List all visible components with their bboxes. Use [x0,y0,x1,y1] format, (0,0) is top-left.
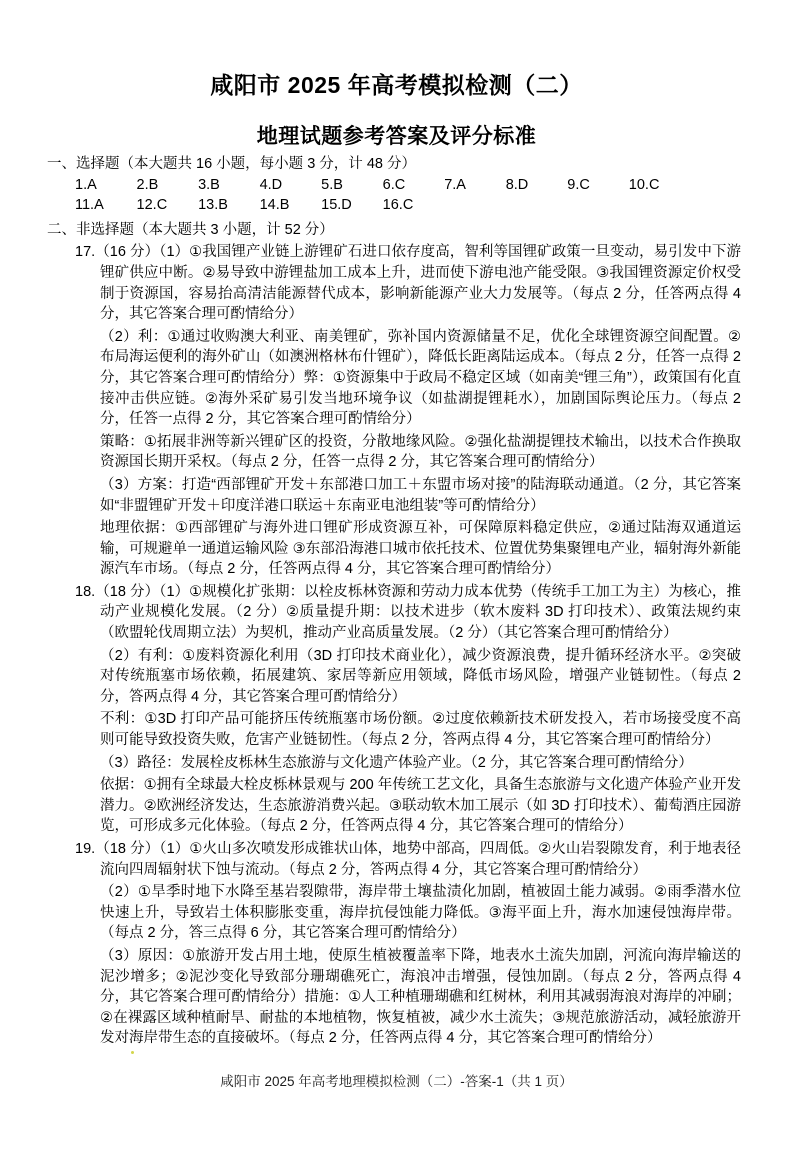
question-19-answer: 19.（18 分）（1）①火山多次喷发形成锥状山体，地势中部高，四周低。②火山岩… [47,839,741,1049]
choice-answer: 5.B [321,175,379,196]
answer-paragraph: （3）原因：①旅游开发占用土地，使原生植被覆盖率下降，地表水土流失加剧，河流向海… [100,946,741,1049]
answer-paragraph: 18.（18 分）（1）①规模化扩张期：以栓皮栎林资源和劳动力成本优势（传统手工… [100,582,741,644]
choice-answer: 8.D [506,175,564,196]
section-multiple-choice-heading: 一、选择题（本大题共 16 小题，每小题 3 分，计 48 分） [47,154,741,175]
choice-answer: 12.C [137,195,195,216]
choice-answer: 6.C [383,175,441,196]
choice-answer: 10.C [629,175,687,196]
answer-paragraph: 19.（18 分）（1）①火山多次喷发形成锥状山体，地势中部高，四周低。②火山岩… [100,839,741,880]
page-footer: 咸阳市 2025 年高考地理模拟检测（二）-答案-1（共 1 页） [0,1070,793,1090]
question-18-answer: 18.（18 分）（1）①规模化扩张期：以栓皮栎林资源和劳动力成本优势（传统手工… [47,582,741,837]
choice-answer: 13.B [198,195,256,216]
choice-answer: 16.C [383,195,441,216]
answer-paragraph: 依据：①拥有全球最大栓皮栎林景观与 200 年传统工艺文化，具备生态旅游与文化遗… [100,775,741,837]
choice-answer: 7.A [444,175,502,196]
section-free-response-heading: 二、非选择题（本大题共 3 小题，计 52 分） [47,220,741,241]
choice-answer: 3.B [198,175,256,196]
answer-paragraph: （2）有利：①废料资源化利用（3D 打印技术商业化），减少资源浪费，提升循环经济… [100,646,741,708]
answer-key-body: 一、选择题（本大题共 16 小题，每小题 3 分，计 48 分） 1.A 2.B… [0,154,793,1049]
choice-answers-row-2: 11.A 12.C 13.B 14.B 15.D 16.C [75,195,741,216]
answer-paragraph: （2）①旱季时地下水降至基岩裂隙带，海岸带土壤盐渍化加剧，植被固土能力减弱。②雨… [100,882,741,944]
answer-paragraph: （2）利：①通过收购澳大利亚、南美锂矿，弥补国内资源储量不足，优化全球锂资源空间… [100,327,741,430]
choice-answer: 14.B [260,195,318,216]
answer-paragraph: 不利：①3D 打印产品可能挤压传统瓶塞市场份额。②过度依赖新技术研发投入，若市场… [100,709,741,750]
exam-title: 咸阳市 2025 年高考模拟检测（二） [0,0,793,100]
choice-answer: 15.D [321,195,379,216]
answer-paragraph: 地理依据：①西部锂矿与海外进口锂矿形成资源互补，可保障原料稳定供应，②通过陆海双… [100,518,741,580]
document-page: { "page": { "title": "咸阳市 2025 年高考模拟检测（二… [0,0,793,1150]
stray-mark-dot [131,1051,134,1054]
choice-answer: 2.B [137,175,195,196]
answer-key-title: 地理试题参考答案及评分标准 [0,123,793,151]
answer-paragraph: （3）路径：发展栓皮栎林生态旅游与文化遗产体验产业。（2 分，其它答案合理可酌情… [100,753,741,774]
answer-paragraph: （3）方案：打造“西部锂矿开发＋东部港口加工＋东盟市场对接”的陆海联动通道。（2… [100,475,741,516]
choice-answer: 1.A [75,175,133,196]
choice-answer: 4.D [260,175,318,196]
choice-answer: 11.A [75,195,133,216]
answer-paragraph: 17.（16 分）（1）①我国锂产业链上游锂矿石进口依存度高，智利等国锂矿政策一… [100,242,741,324]
answer-paragraph: 策略：①拓展非洲等新兴锂矿区的投资，分散地缘风险。②强化盐湖提锂技术输出，以技术… [100,432,741,473]
question-17-answer: 17.（16 分）（1）①我国锂产业链上游锂矿石进口依存度高，智利等国锂矿政策一… [47,242,741,580]
choice-answer: 9.C [567,175,625,196]
choice-answers-row-1: 1.A 2.B 3.B 4.D 5.B 6.C 7.A 8.D 9.C 10.C [75,175,741,196]
